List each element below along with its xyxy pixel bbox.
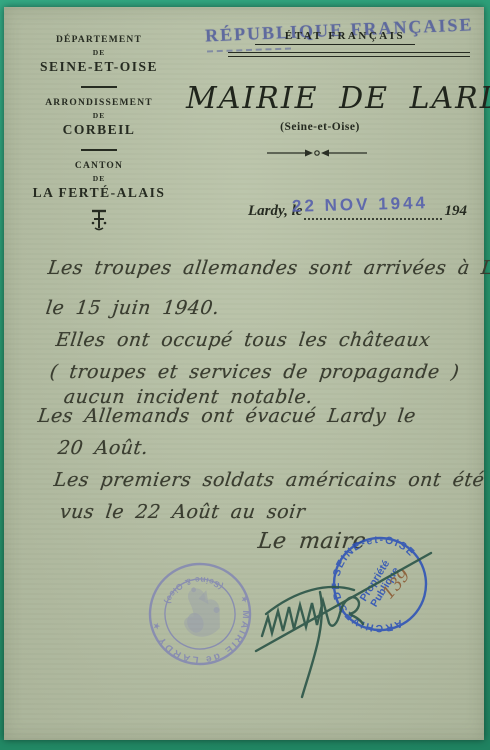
handwritten-line: vus le 22 Août au soir bbox=[59, 501, 307, 523]
canton-name: LA FERTÉ-ALAIS bbox=[6, 185, 192, 201]
arrondissement-name: CORBEIL bbox=[6, 122, 192, 138]
handwritten-line: 20 Août. bbox=[57, 437, 150, 459]
double-rule bbox=[228, 52, 470, 57]
departement-name: SEINE-ET-OISE bbox=[6, 59, 192, 75]
canton-fleuron-icon bbox=[90, 209, 108, 231]
handwritten-line: le 15 juin 1940. bbox=[45, 297, 221, 319]
de-label: DE bbox=[6, 48, 192, 57]
handwritten-line: Les Allemands ont évacué Lardy le bbox=[37, 405, 418, 427]
departement-label: DÉPARTEMENT bbox=[6, 35, 192, 45]
administrative-column: DÉPARTEMENT DE SEINE-ET-OISE ARRONDISSEM… bbox=[6, 35, 192, 231]
date-stamp: 22 NOV 1944 bbox=[292, 193, 428, 217]
strikethrough-line bbox=[255, 44, 415, 45]
de-label: DE bbox=[6, 111, 192, 120]
header-divider-ornament bbox=[267, 148, 367, 158]
handwritten-line: Elles ont occupé tous les châteaux bbox=[55, 329, 432, 351]
etat-francais-heading: ÉTAT FRANÇAIS bbox=[245, 30, 445, 42]
divider-rule bbox=[81, 149, 117, 151]
signature-descender bbox=[302, 592, 322, 697]
canton-label: CANTON bbox=[6, 161, 192, 171]
divider-rule bbox=[81, 86, 117, 88]
handwritten-line: Les troupes allemandes sont arrivées à L… bbox=[47, 257, 490, 279]
mairie-subtitle: (Seine-et-Oise) bbox=[186, 121, 454, 133]
de-label: DE bbox=[6, 174, 192, 183]
mairie-title: MAIRIE DE LARDY bbox=[186, 81, 454, 116]
handwritten-line: ( troupes et services de propagande ) bbox=[49, 361, 461, 383]
archives-round-stamp: ARCHIVES DE SEINE-et-OISE Propriété Publ… bbox=[320, 524, 440, 644]
star-separator-icon: ★ bbox=[239, 593, 250, 605]
mairie-round-stamp: MAIRIE de LARDY (Seine-&-Oise) ★ ★ bbox=[137, 551, 263, 677]
photographed-document: DÉPARTEMENT DE SEINE-ET-OISE ARRONDISSEM… bbox=[0, 0, 490, 750]
document-paper: DÉPARTEMENT DE SEINE-ET-OISE ARRONDISSEM… bbox=[4, 7, 484, 740]
dateline-year-prefix: 194 bbox=[444, 203, 467, 220]
handwritten-line: Les premiers soldats américains ont été bbox=[53, 469, 486, 491]
arrondissement-label: ARRONDISSEMENT bbox=[6, 98, 192, 108]
